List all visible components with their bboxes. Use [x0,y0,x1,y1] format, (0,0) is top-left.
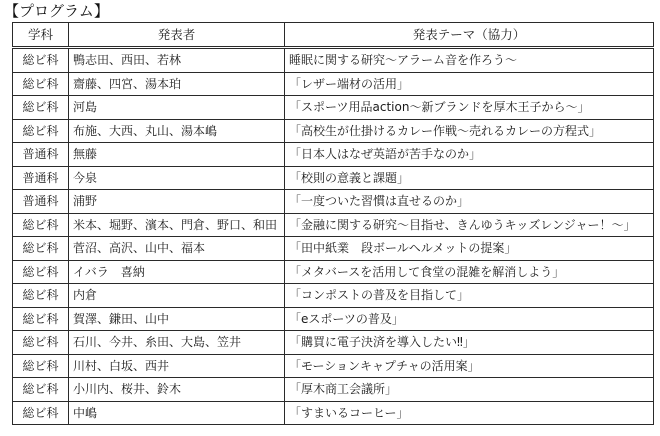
cell-theme: 睡眠に関する研究～アラーム音を作ろう～ [285,48,654,73]
cell-theme: 「eスポーツの普及」 [285,307,654,331]
cell-presenters: 米本、堀野、濱本、門倉、野口、和田 [69,213,285,237]
cell-dept: 普通科 [13,166,69,190]
table-row: 総ビ科 川村、白坂、西井 「モーションキャプチャの活用案」 [13,354,654,378]
cell-presenters: 鴨志田、西田、若林 [69,48,285,73]
cell-presenters: 賀澤、鎌田、山中 [69,307,285,331]
cell-theme: 「日本人はなぜ英語が苦手なのか」 [285,143,654,167]
table-row: 総ビ科 米本、堀野、濱本、門倉、野口、和田 「金融に関する研究～目指せ、きんゆう… [13,213,654,237]
cell-dept: 総ビ科 [13,119,69,143]
cell-dept: 総ビ科 [13,331,69,355]
table-row: 総ビ科 内倉 「コンポストの普及を目指して」 [13,284,654,308]
cell-presenters: 河島 [69,96,285,120]
cell-theme: 「田中紙業 段ボールヘルメットの提案」 [285,237,654,261]
cell-presenters: 無藤 [69,143,285,167]
cell-presenters: 菅沼、高沢、山中、福本 [69,237,285,261]
cell-presenters: 浦野 [69,190,285,214]
header-presenters: 発表者 [69,23,285,48]
table-row: 普通科 今泉 「校則の意義と課題」 [13,166,654,190]
cell-theme: 「金融に関する研究～目指せ、きんゆうキッズレンジャー！～」 [285,213,654,237]
cell-dept: 総ビ科 [13,96,69,120]
table-row: 総ビ科 賀澤、鎌田、山中 「eスポーツの普及」 [13,307,654,331]
program-table: 学科 発表者 発表テーマ（協力） 総ビ科 鴨志田、西田、若林 睡眠に関する研究～… [12,22,654,425]
cell-dept: 総ビ科 [13,237,69,261]
cell-theme: 「メタバースを活用して食堂の混雑を解消しよう」 [285,260,654,284]
cell-dept: 総ビ科 [13,260,69,284]
cell-presenters: イバラ 喜納 [69,260,285,284]
section-title: 【プログラム】 [4,2,109,20]
cell-theme: 「すまいるコーヒー」 [285,401,654,425]
cell-dept: 総ビ科 [13,72,69,96]
cell-theme: 「コンポストの普及を目指して」 [285,284,654,308]
cell-presenters: 齋藤、四宮、湯本珀 [69,72,285,96]
table-row: 総ビ科 鴨志田、西田、若林 睡眠に関する研究～アラーム音を作ろう～ [13,48,654,73]
cell-dept: 普通科 [13,190,69,214]
table-row: 総ビ科 小川内、桜井、鈴木 「厚木商工会議所」 [13,378,654,402]
table-row: 総ビ科 イバラ 喜納 「メタバースを活用して食堂の混雑を解消しよう」 [13,260,654,284]
cell-theme: 「校則の意義と課題」 [285,166,654,190]
cell-presenters: 内倉 [69,284,285,308]
cell-presenters: 中嶋 [69,401,285,425]
table-row: 普通科 無藤 「日本人はなぜ英語が苦手なのか」 [13,143,654,167]
table-row: 普通科 浦野 「一度ついた習慣は直せるのか」 [13,190,654,214]
cell-theme: 「スポーツ用品action～新ブランドを厚木王子から～」 [285,96,654,120]
cell-dept: 総ビ科 [13,378,69,402]
table-row: 総ビ科 布施、大西、丸山、湯本嶋 「高校生が仕掛けるカレー作戦～売れるカレーの方… [13,119,654,143]
cell-presenters: 川村、白坂、西井 [69,354,285,378]
cell-dept: 総ビ科 [13,401,69,425]
cell-theme: 「モーションキャプチャの活用案」 [285,354,654,378]
cell-theme: 「一度ついた習慣は直せるのか」 [285,190,654,214]
cell-presenters: 布施、大西、丸山、湯本嶋 [69,119,285,143]
cell-presenters: 石川、今井、糸田、大島、笠井 [69,331,285,355]
cell-dept: 総ビ科 [13,213,69,237]
cell-theme: 「購買に電子決済を導入したい‼」 [285,331,654,355]
header-dept: 学科 [13,23,69,48]
table-row: 総ビ科 河島 「スポーツ用品action～新ブランドを厚木王子から～」 [13,96,654,120]
table-row: 総ビ科 齋藤、四宮、湯本珀 「レザー端材の活用」 [13,72,654,96]
cell-presenters: 今泉 [69,166,285,190]
cell-theme: 「高校生が仕掛けるカレー作戦～売れるカレーの方程式」 [285,119,654,143]
table-row: 総ビ科 石川、今井、糸田、大島、笠井 「購買に電子決済を導入したい‼」 [13,331,654,355]
cell-theme: 「厚木商工会議所」 [285,378,654,402]
cell-dept: 総ビ科 [13,307,69,331]
table-row: 総ビ科 中嶋 「すまいるコーヒー」 [13,401,654,425]
cell-presenters: 小川内、桜井、鈴木 [69,378,285,402]
cell-theme: 「レザー端材の活用」 [285,72,654,96]
table-header-row: 学科 発表者 発表テーマ（協力） [13,23,654,48]
header-theme: 発表テーマ（協力） [285,23,654,48]
cell-dept: 総ビ科 [13,284,69,308]
cell-dept: 普通科 [13,143,69,167]
cell-dept: 総ビ科 [13,354,69,378]
table-row: 総ビ科 菅沼、高沢、山中、福本 「田中紙業 段ボールヘルメットの提案」 [13,237,654,261]
cell-dept: 総ビ科 [13,48,69,73]
